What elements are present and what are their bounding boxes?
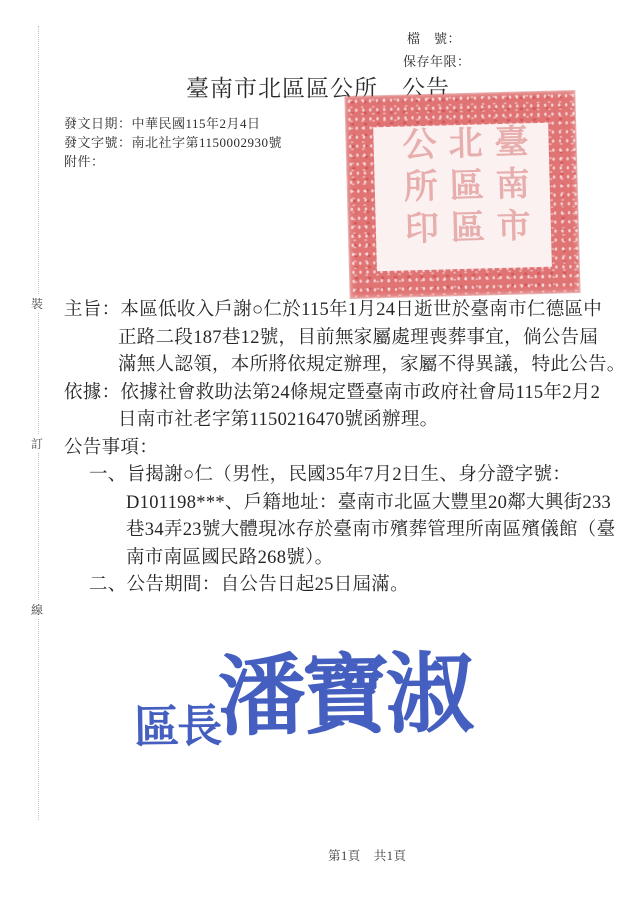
body-line: 公告事項： xyxy=(64,435,630,463)
signature-name: 潘寶淑 xyxy=(217,650,470,746)
body-line: 日南市社老字第1150216470號函辦理。 xyxy=(64,407,630,435)
issue-date: 發文日期：中華民國115年2月4日 xyxy=(64,114,282,133)
signature-title: 區長 xyxy=(134,689,221,755)
binding-mark-xian: 線 xyxy=(31,600,43,619)
body-line: 南市南區國民路268號）。 xyxy=(64,545,630,573)
body-line: 主旨：本區低收入戶謝○仁於115年1月24日逝世於臺南市仁德區中 xyxy=(64,297,630,325)
attachment-label: 附件： xyxy=(64,152,282,171)
body-line: 正路二段187巷12號，目前無家屬處理喪葬事宜，倘公告屆 xyxy=(64,325,630,353)
binding-dotted-line xyxy=(38,26,39,820)
body-line: D101198***、戶籍地址：臺南市北區大豐里20鄰大興街233 xyxy=(64,490,630,518)
body-line: 二、公告期間：自公告日起25日屆滿。 xyxy=(64,572,630,600)
official-seal-stamp: 臺南市北區區公所印 xyxy=(345,91,579,298)
body-line: 依據：依據社會救助法第24條規定暨臺南市政府社會局115年2月2 xyxy=(64,380,630,408)
binding-mark-ding: 訂 xyxy=(31,434,43,453)
retention-period-label: 保存年限： xyxy=(403,51,471,70)
body-line: 一、旨揭謝○仁（男性，民國35年7月2日生、身分證字號： xyxy=(64,462,630,490)
body-line: 巷34弄23號大體現冰存於臺南市殯葬管理所南區殯儀館（臺 xyxy=(64,517,630,545)
announcement-body: 主旨：本區低收入戶謝○仁於115年1月24日逝世於臺南市仁德區中 正路二段187… xyxy=(64,297,630,600)
file-number-label: 檔 號： xyxy=(407,28,461,47)
body-line: 滿無人認領，本所將依規定辦理，家屬不得異議，特此公告。 xyxy=(64,352,630,380)
announcement-document: 裝 訂 線 檔 號： 保存年限： 臺南市北區區公所 公告 發文日期：中華民國11… xyxy=(0,0,636,901)
official-seal-text: 臺南市北區區公所印 xyxy=(392,123,533,271)
page-number: 第1頁 共1頁 xyxy=(328,846,407,864)
binding-mark-zhuang: 裝 xyxy=(31,294,43,313)
signature-stamp: 區長 潘寶淑 xyxy=(133,645,495,790)
document-number: 發文字號：南北社字第1150002930號 xyxy=(64,133,282,152)
official-seal-inner: 臺南市北區區公所印 xyxy=(373,123,552,272)
document-meta: 發文日期：中華民國115年2月4日 發文字號：南北社字第1150002930號 … xyxy=(64,114,282,171)
